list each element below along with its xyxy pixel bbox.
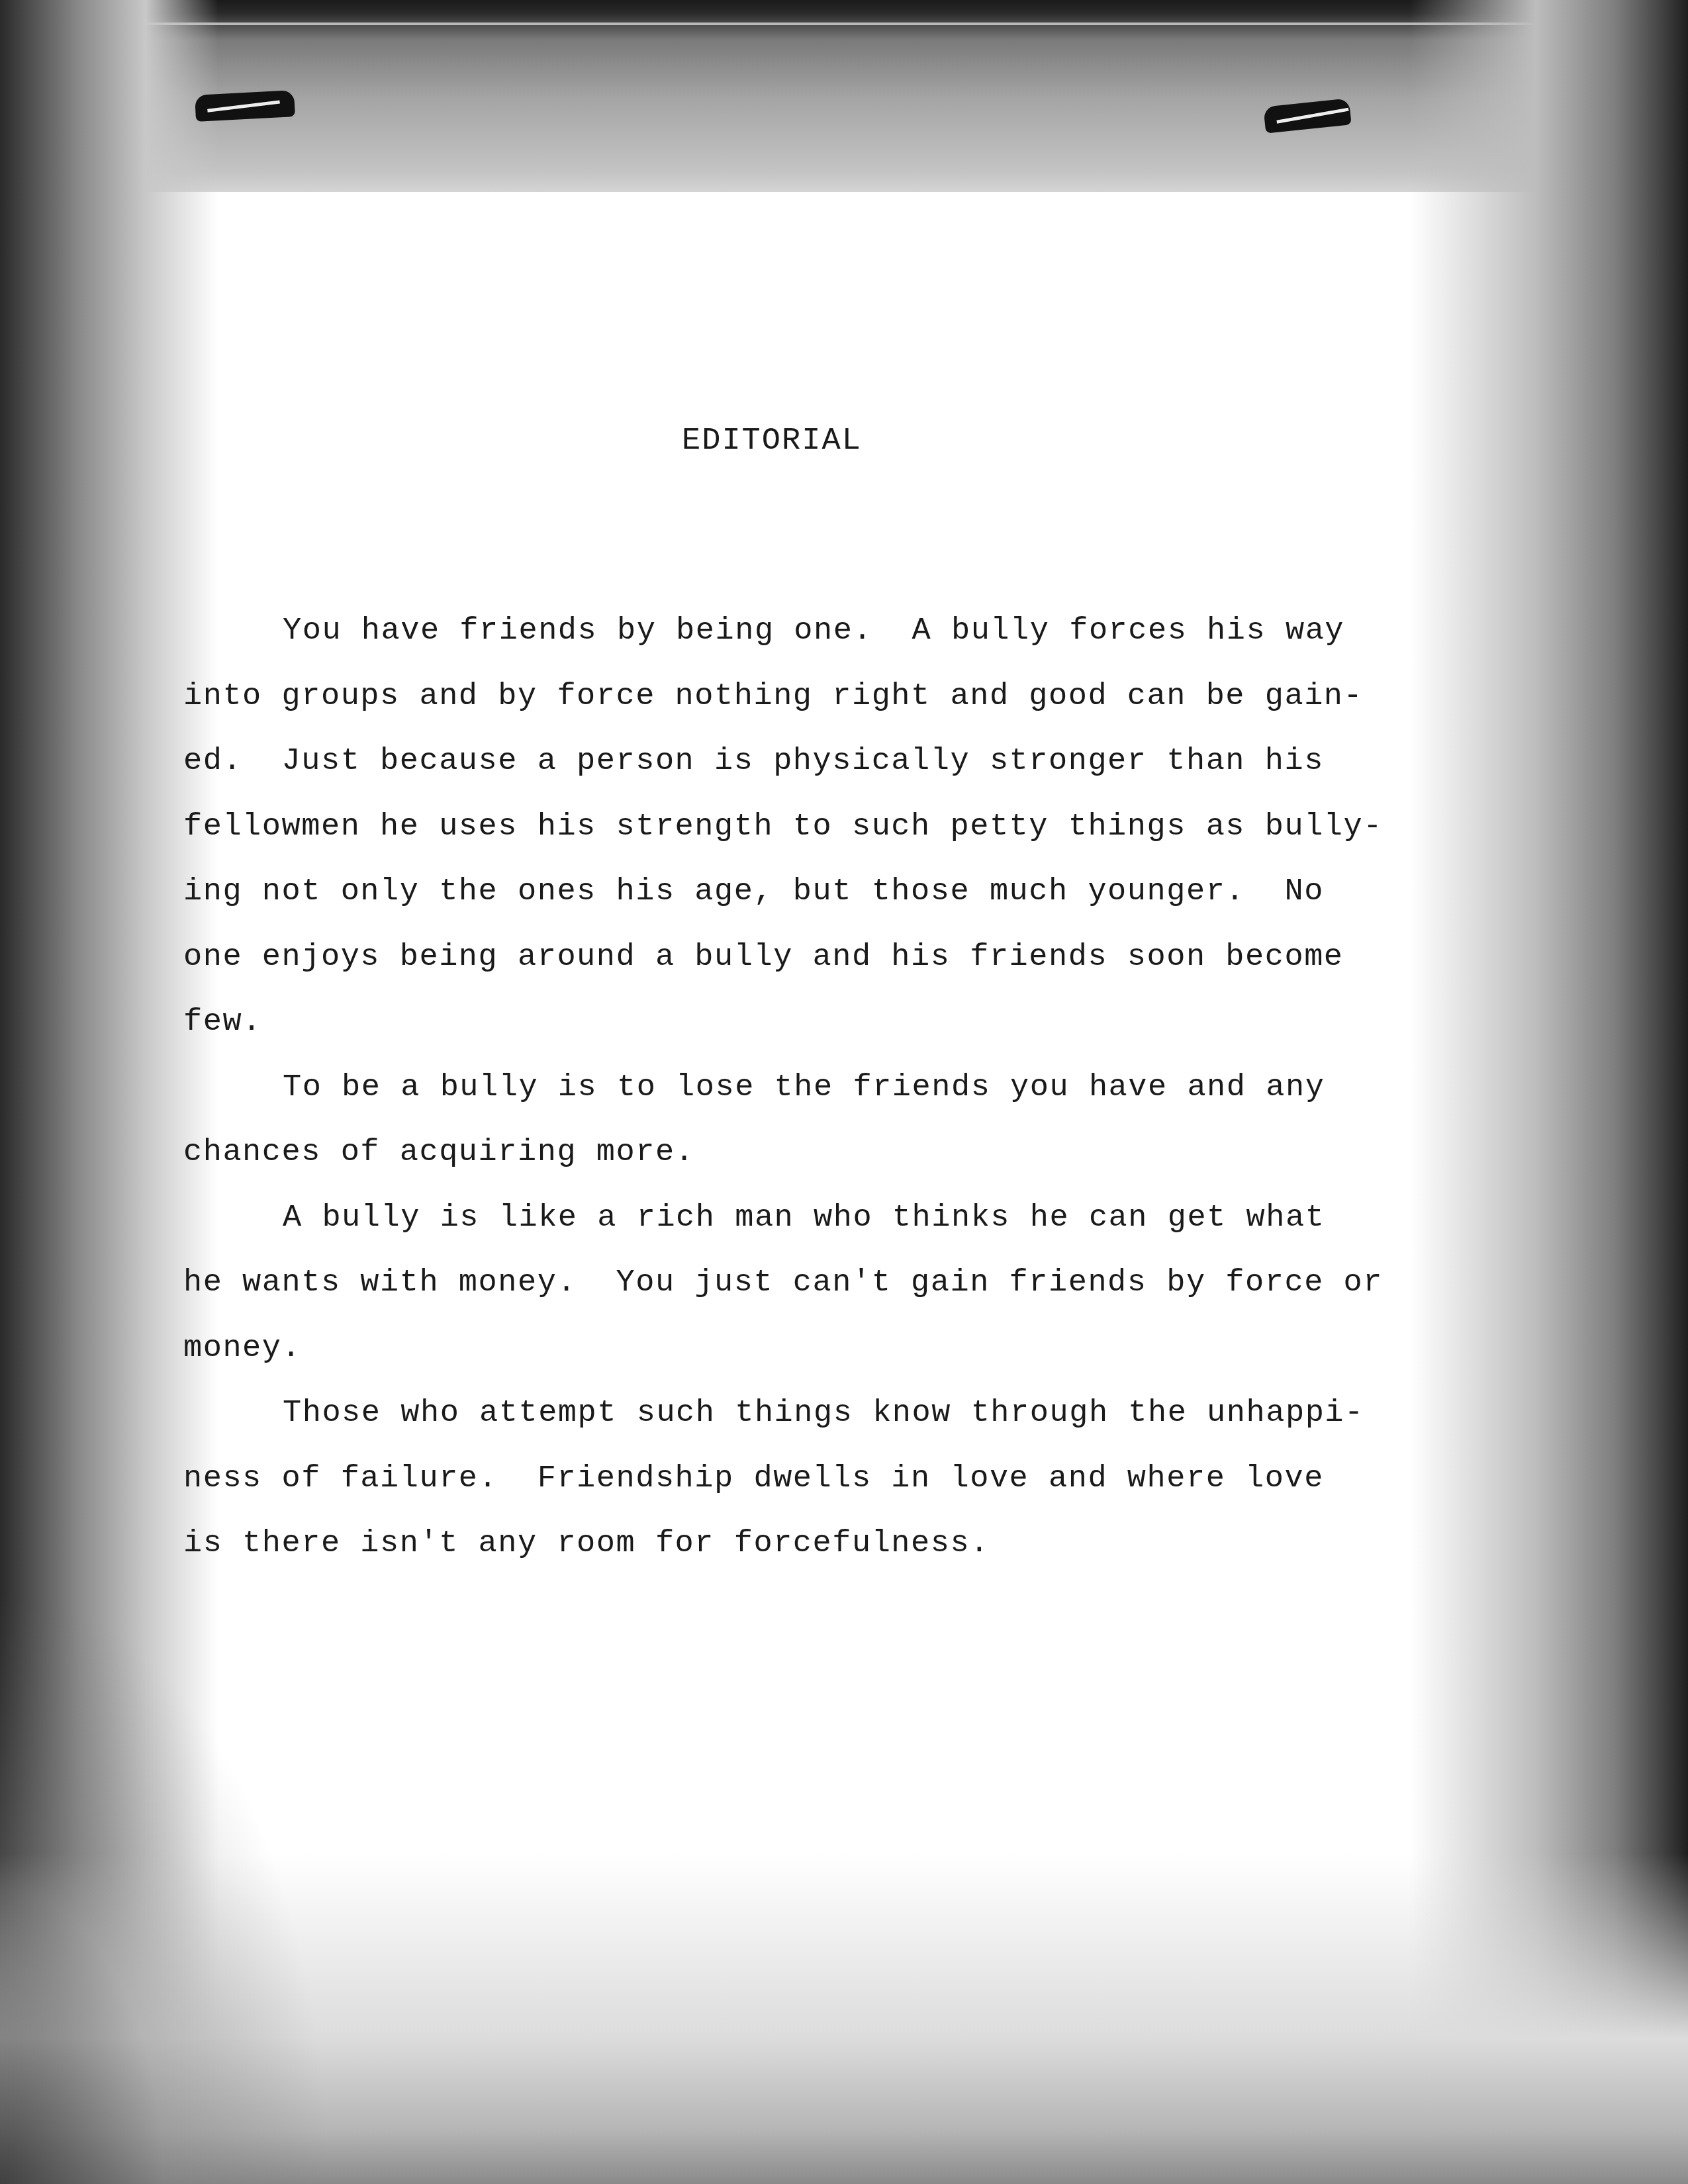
page-title: EDITORIAL <box>682 424 862 459</box>
text-line: few. <box>183 1007 262 1038</box>
text-line: ness of failure. Friendship dwells in lo… <box>183 1463 1324 1494</box>
text-line: he wants with money. You just can't gain… <box>183 1267 1383 1298</box>
text-line: is there isn't any room for forcefulness… <box>183 1528 990 1559</box>
scanned-page: EDITORIAL You have friends by being one.… <box>0 0 1688 2184</box>
text-line: into groups and by force nothing right a… <box>183 681 1363 712</box>
text-line: A bully is like a rich man who thinks he… <box>283 1203 1325 1234</box>
text-line: fellowmen he uses his strength to such p… <box>183 811 1383 842</box>
text-line: chances of acquiring more. <box>183 1137 694 1168</box>
text-line: one enjoys being around a bully and his … <box>183 942 1344 973</box>
text-line: You have friends by being one. A bully f… <box>283 615 1344 647</box>
text-line: money. <box>183 1333 301 1364</box>
text-line: ed. Just because a person is physically … <box>183 746 1324 777</box>
binder-clip-icon <box>195 90 295 122</box>
text-line: ing not only the ones his age, but those… <box>183 876 1324 907</box>
text-line: To be a bully is to lose the friends you… <box>283 1072 1325 1103</box>
corner-shadow <box>0 1588 331 2184</box>
text-line: Those who attempt such things know throu… <box>283 1398 1364 1429</box>
